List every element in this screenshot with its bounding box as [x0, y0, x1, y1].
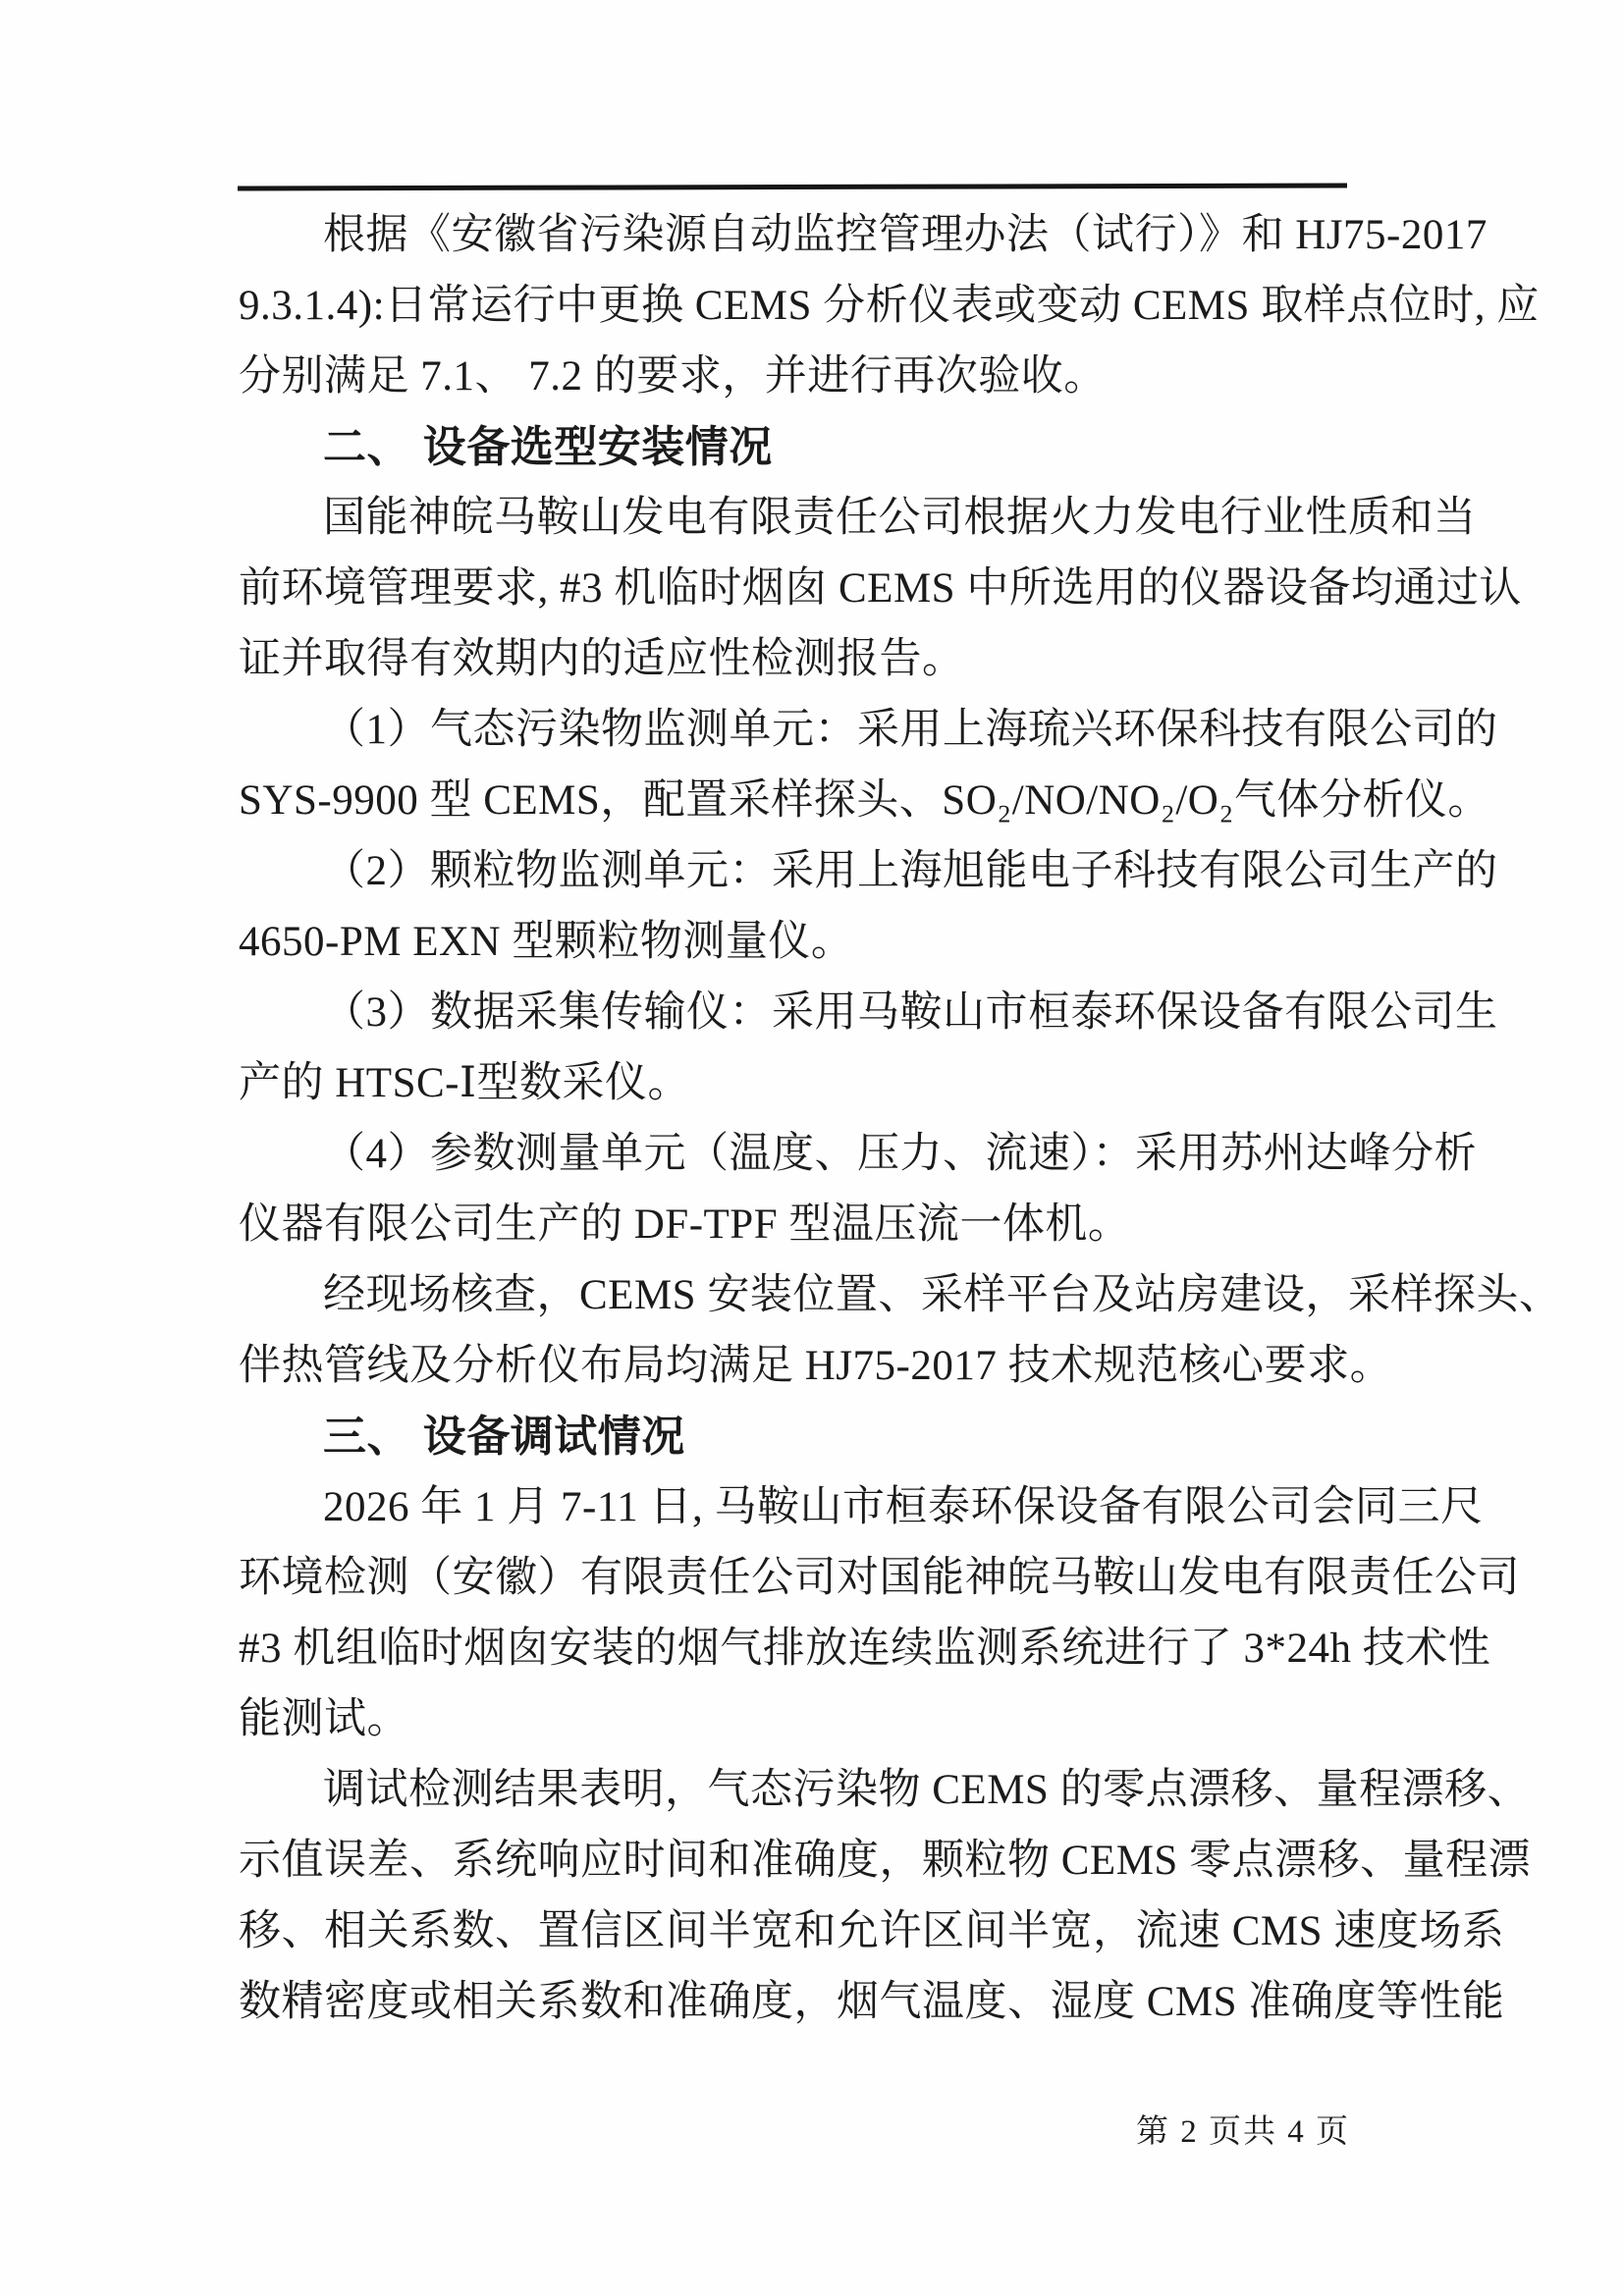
text-line: （3）数据采集传输仪：采用马鞍山市桓泰环保设备有限公司生: [239, 978, 1350, 1048]
text-line: （4）参数测量单元（温度、压力、流速）：采用苏州达峰分析: [239, 1119, 1350, 1190]
text-line: SYS-9900 型 CEMS，配置采样探头、SO₂/NO/NO₂/O₂气体分析…: [239, 766, 1350, 836]
text-line: 数精密度或相关系数和准确度，烟气温度、湿度 CMS 准确度等性能: [239, 1967, 1350, 2038]
text-line: （2）颗粒物监测单元：采用上海旭能电子科技有限公司生产的: [239, 836, 1350, 907]
text-line: 分别满足 7.1、 7.2 的要求，并进行再次验收。: [239, 342, 1350, 412]
text-line: 国能神皖马鞍山发电有限责任公司根据火力发电行业性质和当: [239, 483, 1350, 554]
text-line: 产的 HTSC-Ⅰ型数采仪。: [239, 1048, 1350, 1119]
page-number: 第 2 页共 4 页: [239, 2109, 1350, 2156]
section-heading-equipment-debugging: 三、 设备调试情况: [239, 1402, 1350, 1472]
document-body: 根据《安徽省污染源自动监控管理办法（试行）》和 HJ75-2017 9.3.1.…: [239, 200, 1350, 2038]
section-heading-equipment-selection: 二、 设备选型安装情况: [239, 412, 1350, 483]
document-page: 根据《安徽省污染源自动监控管理办法（试行）》和 HJ75-2017 9.3.1.…: [0, 0, 1623, 2296]
text-line: #3 机组临时烟囱安装的烟气排放连续监测系统进行了 3*24h 技术性: [239, 1614, 1350, 1684]
text-line: 前环境管理要求, #3 机临时烟囱 CEMS 中所选用的仪器设备均通过认: [239, 554, 1350, 624]
text-line: 示值误差、系统响应时间和准确度，颗粒物 CEMS 零点漂移、量程漂: [239, 1826, 1350, 1896]
text-line: 调试检测结果表明，气态污染物 CEMS 的零点漂移、量程漂移、: [239, 1755, 1350, 1826]
text-line: 环境检测（安徽）有限责任公司对国能神皖马鞍山发电有限责任公司: [239, 1543, 1350, 1614]
text-line: 伴热管线及分析仪布局均满足 HJ75-2017 技术规范核心要求。: [239, 1331, 1350, 1402]
text-line: 证并取得有效期内的适应性检测报告。: [239, 624, 1350, 695]
text-line: 根据《安徽省污染源自动监控管理办法（试行）》和 HJ75-2017: [239, 200, 1350, 271]
text-line: 9.3.1.4):日常运行中更换 CEMS 分析仪表或变动 CEMS 取样点位时…: [239, 271, 1350, 342]
text-line: 能测试。: [239, 1684, 1350, 1755]
text-line: 经现场核查，CEMS 安装位置、采样平台及站房建设，采样探头、: [239, 1260, 1350, 1331]
text-line: 仪器有限公司生产的 DF-TPF 型温压流一体机。: [239, 1190, 1350, 1260]
text-line: 4650-PM EXN 型颗粒物测量仪。: [239, 907, 1350, 978]
text-line: （1）气态污染物监测单元：采用上海琉兴环保科技有限公司的: [239, 695, 1350, 766]
header-separator-rule: [238, 184, 1347, 191]
text-line: 移、相关系数、置信区间半宽和允许区间半宽，流速 CMS 速度场系: [239, 1896, 1350, 1967]
text-line: 2026 年 1 月 7-11 日, 马鞍山市桓泰环保设备有限公司会同三尺: [239, 1472, 1350, 1543]
